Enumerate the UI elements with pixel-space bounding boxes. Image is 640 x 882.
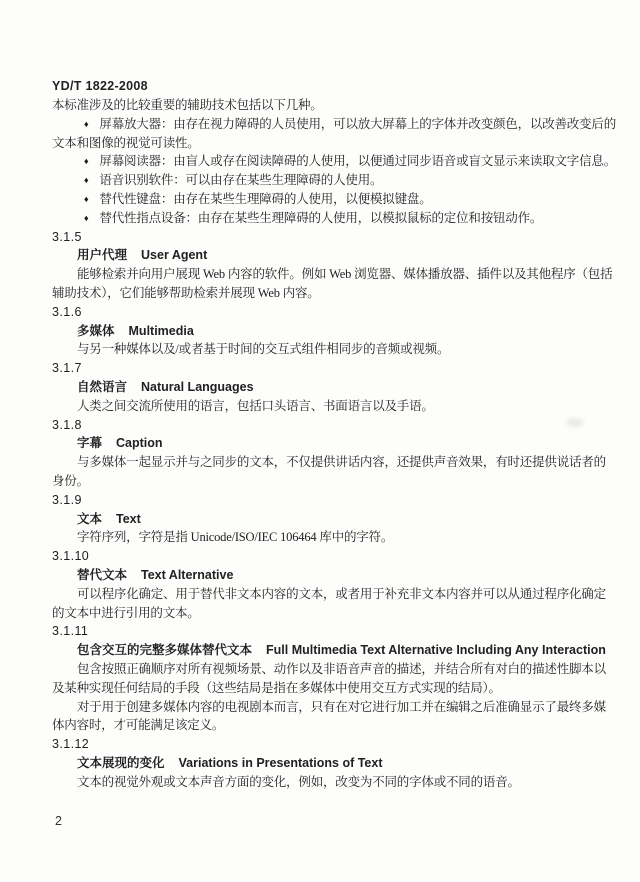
term-english: Text xyxy=(116,512,141,526)
text-line: 替代性键盘：由存在某些生理障碍的人使用，以便模拟键盘。 xyxy=(99,192,431,206)
diamond-bullet-icon: ♦ xyxy=(84,209,88,228)
section-number-text: 3.1.6 xyxy=(52,305,82,319)
section-number: 3.1.5 xyxy=(52,228,589,247)
diamond-bullet-icon: ♦ xyxy=(84,190,88,209)
section-number-text: 3.1.11 xyxy=(52,624,88,638)
section-number-text: 3.1.10 xyxy=(52,549,89,563)
term-english: Caption xyxy=(116,436,163,450)
bullet-item: ♦语音识别软件：可以由存在某些生理障碍的人使用。 xyxy=(52,171,589,190)
scanned-document-page: YD/T 1822-2008 本标准涉及的比较重要的辅助技术包括以下几种。♦屏幕… xyxy=(0,0,640,882)
paragraph: 与另一种媒体以及/或者基于时间的交互式组件相同步的音频或视频。 xyxy=(52,340,589,359)
section-number: 3.1.11 xyxy=(52,622,589,641)
term-heading: 字幕Caption xyxy=(52,434,589,453)
text-line: 身份。 xyxy=(52,474,89,488)
term-heading: 用户代理User Agent xyxy=(52,246,589,265)
term-heading: 自然语言Natural Languages xyxy=(52,378,589,397)
term-chinese: 包含交互的完整多媒体替代文本 xyxy=(77,643,252,657)
text-line: 的文本中进行引用的文本。 xyxy=(52,606,200,620)
text-line: 体内容时，才可能满足该定义。 xyxy=(52,718,224,732)
paragraph: 能够检索并向用户展现 Web 内容的软件。例如 Web 浏览器、媒体播放器、插件… xyxy=(52,265,589,303)
text-line: 替代性指点设备：由存在某些生理障碍的人使用，以模拟鼠标的定位和按钮动作。 xyxy=(99,211,542,225)
term-heading: 替代文本Text Alternative xyxy=(52,566,589,585)
paragraph: 对于用于创建多媒体内容的电视剧本而言，只有在对它进行加工并在编辑之后准确显示了最… xyxy=(52,698,589,736)
term-chinese: 用户代理 xyxy=(77,248,127,262)
section-number: 3.1.7 xyxy=(52,359,589,378)
bullet-item: ♦屏幕放大器：由存在视力障碍的人员使用，可以放大屏幕上的字体并改变颜色，以改善改… xyxy=(52,115,589,153)
document-code: YD/T 1822-2008 xyxy=(52,79,148,93)
text-line: 文本和图像的视觉可读性。 xyxy=(52,136,200,150)
text-line: 本标准涉及的比较重要的辅助技术包括以下几种。 xyxy=(52,98,323,112)
paragraph: 与多媒体一起显示并与之同步的文本，不仅提供讲话内容，还提供声音效果，有时还提供说… xyxy=(52,453,589,491)
section-number: 3.1.8 xyxy=(52,416,589,435)
text-line: 语音识别软件：可以由存在某些生理障碍的人使用。 xyxy=(99,173,382,187)
section-number-text: 3.1.9 xyxy=(52,493,82,507)
text-line: 包含按照正确顺序对所有视频场景、动作以及非语音声音的描述，并结合所有对白的描述性… xyxy=(77,662,606,676)
text-line: 及某种实现任何结局的手段（这些结局是指在多媒体中使用交互方式实现的结局）。 xyxy=(52,681,501,695)
diamond-bullet-icon: ♦ xyxy=(84,171,88,190)
text-line: 辅助技术），它们能够帮助检索并展现 Web 内容。 xyxy=(52,286,320,300)
paragraph: 人类之间交流所使用的语言，包括口头语言、书面语言以及手语。 xyxy=(52,397,589,416)
text-line: 能够检索并向用户展现 Web 内容的软件。例如 Web 浏览器、媒体播放器、插件… xyxy=(77,267,612,281)
text-line: 屏幕阅读器：由盲人或存在阅读障碍的人使用，以便通过同步语音或盲文显示来读取文字信… xyxy=(99,154,616,168)
term-chinese: 字幕 xyxy=(77,436,102,450)
page-number: 2 xyxy=(55,814,62,828)
term-chinese: 多媒体 xyxy=(77,324,115,338)
text-line: 字符序列，字符是指 Unicode/ISO/IEC 106464 库中的字符。 xyxy=(77,530,393,544)
term-chinese: 文本 xyxy=(77,512,102,526)
section-number-text: 3.1.12 xyxy=(52,737,89,751)
term-english: User Agent xyxy=(141,248,207,262)
text-line: 可以程序化确定、用于替代非文本内容的文本，或者用于补充非文本内容并可以从通过程序… xyxy=(77,587,606,601)
term-chinese: 自然语言 xyxy=(77,380,127,394)
text-line: 与另一种媒体以及/或者基于时间的交互式组件相同步的音频或视频。 xyxy=(77,342,449,356)
bullet-item: ♦替代性键盘：由存在某些生理障碍的人使用，以便模拟键盘。 xyxy=(52,190,589,209)
section-number: 3.1.9 xyxy=(52,491,589,510)
bullet-item: ♦屏幕阅读器：由盲人或存在阅读障碍的人使用，以便通过同步语音或盲文显示来读取文字… xyxy=(52,152,589,171)
diamond-bullet-icon: ♦ xyxy=(84,152,88,171)
text-line: 对于用于创建多媒体内容的电视剧本而言，只有在对它进行加工并在编辑之后准确显示了最… xyxy=(77,700,606,714)
term-english: Variations in Presentations of Text xyxy=(179,756,383,770)
paragraph: 本标准涉及的比较重要的辅助技术包括以下几种。 xyxy=(52,96,589,115)
section-number: 3.1.6 xyxy=(52,303,589,322)
text-line: 文本的视觉外观或文本声音方面的变化，例如，改变为不同的字体或不同的语音。 xyxy=(77,775,520,789)
section-number: 3.1.12 xyxy=(52,735,589,754)
section-number-text: 3.1.5 xyxy=(52,230,82,244)
term-heading: 文本Text xyxy=(52,510,589,529)
paragraph: 包含按照正确顺序对所有视频场景、动作以及非语音声音的描述，并结合所有对白的描述性… xyxy=(52,660,589,698)
section-number-text: 3.1.8 xyxy=(52,418,82,432)
scan-artifact xyxy=(566,418,584,427)
content: 本标准涉及的比较重要的辅助技术包括以下几种。♦屏幕放大器：由存在视力障碍的人员使… xyxy=(52,96,589,791)
bullet-item: ♦替代性指点设备：由存在某些生理障碍的人使用，以模拟鼠标的定位和按钮动作。 xyxy=(52,209,589,228)
text-line: 与多媒体一起显示并与之同步的文本，不仅提供讲话内容，还提供声音效果，有时还提供说… xyxy=(77,455,606,469)
text-line: 人类之间交流所使用的语言，包括口头语言、书面语言以及手语。 xyxy=(77,399,434,413)
term-english: Multimedia xyxy=(129,324,194,338)
term-heading: 文本展现的变化Variations in Presentations of Te… xyxy=(52,754,589,773)
term-chinese: 文本展现的变化 xyxy=(77,756,165,770)
term-heading: 包含交互的完整多媒体替代文本Full Multimedia Text Alter… xyxy=(52,641,589,660)
diamond-bullet-icon: ♦ xyxy=(84,115,88,134)
text-line: 屏幕放大器：由存在视力障碍的人员使用，可以放大屏幕上的字体并改变颜色，以改善改变… xyxy=(99,117,616,131)
term-heading: 多媒体Multimedia xyxy=(52,322,589,341)
paragraph: 文本的视觉外观或文本声音方面的变化，例如，改变为不同的字体或不同的语音。 xyxy=(52,773,589,792)
term-chinese: 替代文本 xyxy=(77,568,127,582)
section-number: 3.1.10 xyxy=(52,547,589,566)
section-number-text: 3.1.7 xyxy=(52,361,82,375)
paragraph: 字符序列，字符是指 Unicode/ISO/IEC 106464 库中的字符。 xyxy=(52,528,589,547)
term-english: Full Multimedia Text Alternative Includi… xyxy=(266,643,606,657)
term-english: Text Alternative xyxy=(141,568,233,582)
paragraph: 可以程序化确定、用于替代非文本内容的文本，或者用于补充非文本内容并可以从通过程序… xyxy=(52,585,589,623)
term-english: Natural Languages xyxy=(141,380,254,394)
